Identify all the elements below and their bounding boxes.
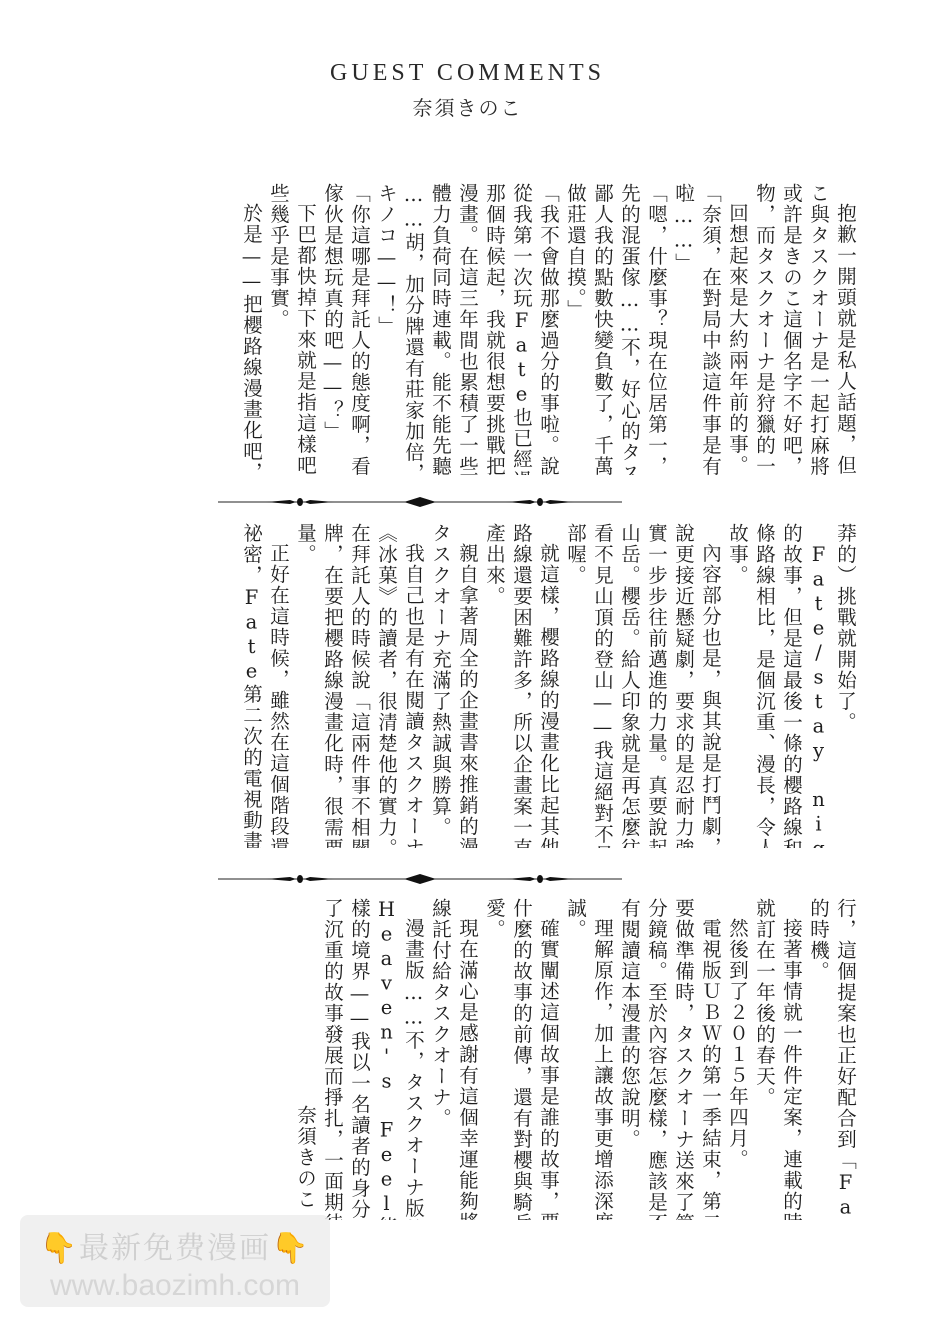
text-column: 就訂在一年後的春天。 bbox=[751, 898, 778, 1220]
text-column: 路線還要困難許多，所以企畫案一直都很難 bbox=[508, 523, 535, 848]
text-column: 下巴都快掉下來就是指這樣吧，還有這 bbox=[292, 183, 319, 475]
text-column: 「奈須，在對局中談這件事是有些奇怪 bbox=[697, 183, 724, 475]
text-column: 確實闡述這個故事是誰的故事，要訴說 bbox=[535, 898, 562, 1220]
text-column: こ與タスクオーナ是一起打麻將的好朋友。 bbox=[805, 183, 832, 475]
author-name: 奈須きのこ bbox=[0, 92, 935, 121]
text-column: 山岳。櫻岳。給人印象就是再怎麼往上爬都 bbox=[616, 523, 643, 848]
text-column: 電視版ＵＢＷ的第一季結束，第二季正 bbox=[697, 898, 724, 1220]
text-column: 回想起來是大約兩年前的事。 bbox=[724, 183, 751, 475]
text-column: 條路線相比，是個沉重、漫長，令人傷心的 bbox=[751, 523, 778, 848]
text-column: 《冰菓》的讀者，很清楚他的實力。像這樣 bbox=[373, 523, 400, 848]
text-column: 內容部分也是，與其說是打鬥劇，不如 bbox=[697, 523, 724, 848]
text-column: キノコ——！」 bbox=[373, 183, 400, 475]
text-column: 「嗯，什麼事？現在位居第一，遙遙領 bbox=[643, 183, 670, 475]
text-column: 或許是きのこ這個名字不好吧，總是我是獵 bbox=[778, 183, 805, 475]
text-column: 抱歉一開頭就是私人話題，但奈須きの bbox=[832, 183, 859, 475]
text-column: 故事。 bbox=[724, 523, 751, 848]
text-column: 愛。 bbox=[481, 898, 508, 1220]
text-column: 漫畫版……不，タスクオーナ版的 bbox=[400, 898, 427, 1220]
text-column: 誠。 bbox=[562, 898, 589, 1220]
text-column: 傢伙是想玩真的吧——？」 bbox=[319, 183, 346, 475]
text-column: 什麼的故事的前傳，還有對櫻與騎兵滿滿的 bbox=[508, 898, 535, 1220]
text-column: 樣的境界——我以一名讀者的身分，一面為 bbox=[346, 898, 373, 1220]
signature: 奈須きのこ bbox=[292, 898, 319, 1220]
text-column: ……胡，加分牌還有莊家加倍，給我爆吧， bbox=[400, 183, 427, 475]
text-column: 莽的）挑戰就開始了。 bbox=[832, 523, 859, 848]
text-column: 先的混蛋傢……不，好心的タスクオーナ， bbox=[616, 183, 643, 475]
ornamental-divider bbox=[218, 494, 622, 510]
text-column: 我自己也是有在閱讀タスクオーナ版的 bbox=[400, 523, 427, 848]
text-column: 線託付給タスクオーナ。 bbox=[427, 898, 454, 1220]
text-column: 在拜託人的時候說「這兩件事不相關」後胡 bbox=[346, 523, 373, 848]
text-column: 接著事情就一件件定案，連載的時間點 bbox=[778, 898, 805, 1220]
text-column: 的時機。 bbox=[805, 898, 832, 1220]
text-column: 分鏡稿。至於內容怎麼樣，應該是不需要對 bbox=[643, 898, 670, 1220]
text-column: 「你這哪是拜託人的態度啊，看來你這 bbox=[346, 183, 373, 475]
text-column: 現在滿心是感謝有這個幸運能夠將櫻路 bbox=[454, 898, 481, 1220]
page-title: GUEST COMMENTS bbox=[0, 60, 935, 87]
pointing-hand-icon: 👇 bbox=[271, 1231, 310, 1266]
text-column: 產出來。 bbox=[481, 523, 508, 848]
text-column: 了沉重的故事發展而掙扎，一面期待著。 bbox=[319, 898, 346, 1220]
text-column: 親自拿著周全的企畫書來推銷的漫畫家 bbox=[454, 523, 481, 848]
text-column: 做莊還自摸。」 bbox=[562, 183, 589, 475]
text-column: 些幾乎是事實。 bbox=[265, 183, 292, 475]
text-column: 說更接近懸疑劇，要求的是忍耐力強，能確 bbox=[670, 523, 697, 848]
text-band-middle: 莽的）挑戰就開始了。Fate/stay night雖然是由三條路線所組成的故事，… bbox=[119, 523, 859, 848]
text-column: 「我不會做那麼過分的事啦。說真的， bbox=[535, 183, 562, 475]
watermark-url[interactable]: www.baozimh.com bbox=[20, 1269, 330, 1303]
text-column: 牌，在要把櫻路線漫畫化時，很需要這種膽 bbox=[319, 523, 346, 848]
text-column: 就這樣，櫻路線的漫畫化比起其他兩條 bbox=[535, 523, 562, 848]
text-column: 物，而タスクオーナ是狩獵的一方。 bbox=[751, 183, 778, 475]
text-column: 的故事，但是這最後一條的櫻路線和另外兩 bbox=[778, 523, 805, 848]
site-watermark[interactable]: 👇最新免费漫画👇 www.baozimh.com bbox=[20, 1215, 330, 1307]
text-column: タスクオーナ充滿了熱誠與勝算。 bbox=[427, 523, 454, 848]
text-column: 那個時候起，我就很想要挑戰把櫻路線畫成 bbox=[481, 183, 508, 475]
text-column: 量。 bbox=[292, 523, 319, 848]
text-column: 有閱讀這本漫畫的您說明。 bbox=[616, 898, 643, 1220]
text-column: 要做準備時，タスクオーナ送來了第０話的 bbox=[670, 898, 697, 1220]
text-column: 於是——把櫻路線漫畫化吧，這個（魯 bbox=[238, 183, 265, 475]
text-column: 體力負荷同時連載。能不能先聽聽我的想法 bbox=[427, 183, 454, 475]
text-column: 部喔。 bbox=[562, 523, 589, 848]
text-column: 實一步步往前邁進的力量。真要說起來就是 bbox=[643, 523, 670, 848]
text-column: Heaven's Feel能夠成長到什麼地步，走到怎麼 bbox=[373, 898, 400, 1220]
text-column: 然後到了２０１５年四月。 bbox=[724, 898, 751, 1220]
watermark-slogan: 最新免费漫画 bbox=[79, 1231, 271, 1266]
ornamental-divider bbox=[218, 871, 622, 887]
text-column: 鄙人我的點數快變負數了，千萬拜託您不要 bbox=[589, 183, 616, 475]
text-column: 理解原作，加上讓故事更增添深度的熱 bbox=[589, 898, 616, 1220]
text-band-bottom: 行，這個提案也正好配合到「Fate的再構築」的時機。接著事情就一件件定案，連載的… bbox=[119, 898, 859, 1220]
pointing-hand-icon: 👇 bbox=[40, 1231, 79, 1266]
text-column: 行，這個提案也正好配合到「Fate的再構築」 bbox=[832, 898, 859, 1220]
text-column: 漫畫。在這三年間也累積了一些經驗，也有 bbox=[454, 183, 481, 475]
text-column: 啦……」 bbox=[670, 183, 697, 475]
text-band-top: 抱歉一開頭就是私人話題，但奈須きのこ與タスクオーナ是一起打麻將的好朋友。或許是き… bbox=[119, 183, 859, 475]
text-column: 正好在這時候，雖然在這個階段還算是 bbox=[265, 523, 292, 848]
text-column: 看不見山頂的登山——我這絕對不是在說胸 bbox=[589, 523, 616, 848]
text-column: Fate/stay night雖然是由三條路線所組成 bbox=[805, 523, 832, 848]
text-column: 從我第一次玩Fate也已經過十年了……其實從 bbox=[508, 183, 535, 475]
text-column: 祕密，Fate第二次的電視動畫化正在水面下進 bbox=[238, 523, 265, 848]
